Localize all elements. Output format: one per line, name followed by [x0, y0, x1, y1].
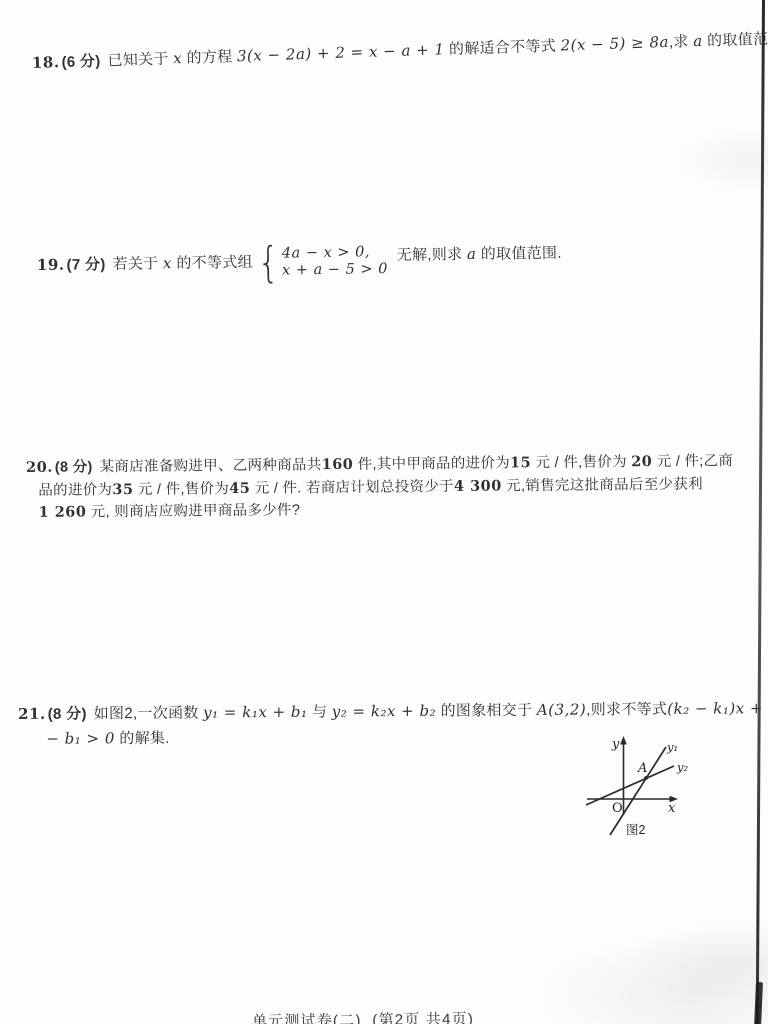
- question-18-text-segment: 已知关于: [107, 50, 173, 69]
- question-20-number: 20.: [26, 459, 53, 476]
- page-footer: 单元测试卷(二) (第2页 共4页): [252, 1008, 474, 1024]
- question-21-inequality: (k₂ − k₁)x + b₂: [667, 699, 768, 718]
- question-19-variable: x: [163, 254, 172, 272]
- question-20-text-segment: 元 / 件,售价为: [133, 481, 229, 498]
- question-21-text-segment: 的解集.: [115, 730, 170, 747]
- question-20-value: 1 260: [38, 503, 86, 520]
- question-20-text-segment: 元,销售完这批商品后至少获利: [502, 476, 703, 494]
- question-20-text-segment: 元, 则商店应购进甲商品多少件?: [86, 502, 300, 520]
- system-brace: {: [257, 244, 279, 282]
- line-y2-label: y₂: [676, 760, 688, 774]
- question-20-value: 15: [510, 454, 531, 471]
- figure-2-graph: y x O A y₁ y₂ 图2: [584, 735, 714, 839]
- question-21-points: (8 分): [48, 705, 87, 722]
- question-20-text-segment: 元 / 件,售价为: [531, 454, 631, 471]
- question-20: 20.(8 分)某商店准备购进甲、乙两种商品共160 件,其中甲商品的进价为15…: [26, 450, 734, 524]
- question-21-point: A(3,2): [537, 701, 587, 719]
- question-18-text-segment: 的方程: [182, 48, 237, 67]
- question-18-number: 18.: [32, 53, 60, 72]
- question-18-inequality: 2(x − 5) ≥ 8a: [560, 33, 669, 55]
- scanned-exam-page: 18.(6 分)已知关于 x 的方程 3(x − 2a) + 2 = x − a…: [0, 0, 768, 1024]
- scan-edge-bottom-artifact: [754, 982, 763, 1024]
- question-20-value: 35: [112, 480, 133, 497]
- intersection-point-A: [644, 776, 648, 780]
- question-21-inequality-continued: − b₁ > 0: [46, 729, 115, 748]
- question-20-value: 160: [321, 456, 353, 473]
- question-20-value: 4 300: [454, 477, 502, 494]
- question-19-points: (7 分): [66, 256, 105, 274]
- y-axis-arrow-icon: [620, 736, 627, 745]
- question-21-text-segment: 与: [307, 704, 331, 721]
- question-19-text-segment: 无解,则求: [397, 246, 467, 264]
- question-21-text-segment: 如图2,一次函数: [94, 705, 204, 723]
- inequality-system: {4a − x > 0,x + a − 5 > 0: [255, 242, 388, 282]
- question-18-text-segment: ,求: [669, 33, 694, 51]
- question-19-text-segment: 的取值范围.: [476, 245, 562, 263]
- question-20-points: (8 分): [55, 459, 93, 475]
- question-18-equation: 3(x − 2a) + 2 = x − a + 1: [237, 40, 445, 65]
- question-21-function-1: y₁ = k₁x + b₁: [203, 703, 308, 722]
- question-20-text-segment: 件,其中甲商品的进价为: [353, 455, 510, 473]
- x-axis-label: x: [668, 801, 676, 816]
- system-rows: 4a − x > 0,x + a − 5 > 0: [282, 244, 388, 279]
- question-20-text-segment: 元 / 件;乙商: [652, 453, 733, 470]
- question-19-number: 19.: [37, 256, 65, 274]
- question-21-text-segment: 的图象相交于: [436, 702, 537, 720]
- system-inequality-2: x + a − 5 > 0: [282, 261, 388, 279]
- question-19-suffix: 无解,则求 a 的取值范围.: [397, 242, 562, 265]
- y-axis-label: y: [611, 737, 620, 752]
- question-19-variable: a: [467, 245, 477, 263]
- question-18-text-segment: 的取值范围.: [702, 30, 768, 50]
- point-A-label: A: [637, 761, 647, 776]
- scan-edge-artifact: [756, 0, 765, 1024]
- question-18-text-segment: 的解适合不等式: [444, 37, 561, 58]
- question-20-value: 45: [229, 479, 250, 496]
- question-19-text-segment: 的不等式组: [172, 254, 253, 272]
- figure-caption: 图2: [626, 823, 646, 837]
- question-19: 19.(7 分)若关于 x 的不等式组{4a − x > 0,x + a − 5…: [37, 240, 562, 285]
- question-18: 18.(6 分)已知关于 x 的方程 3(x − 2a) + 2 = x − a…: [32, 27, 768, 73]
- question-19-text-segment: 若关于: [112, 255, 163, 273]
- origin-label: O: [612, 801, 623, 816]
- question-20-text-segment: 元 / 件. 若商店计划总投资少于: [250, 478, 454, 496]
- question-20-text-segment: 品的进价为: [38, 482, 112, 499]
- question-21-function-2: y₂ = k₂x + b₂: [332, 702, 437, 721]
- question-21-number: 21.: [18, 705, 46, 723]
- question-20-value: 20: [631, 453, 652, 470]
- question-20-text-segment: 某商店准备购进甲、乙两种商品共: [100, 457, 322, 475]
- system-inequality-1: 4a − x > 0,: [282, 244, 388, 262]
- line-y1-label: y₁: [666, 740, 678, 754]
- question-21-text-segment: ,则求不等式: [586, 701, 667, 719]
- question-18-points: (6 分): [61, 53, 101, 71]
